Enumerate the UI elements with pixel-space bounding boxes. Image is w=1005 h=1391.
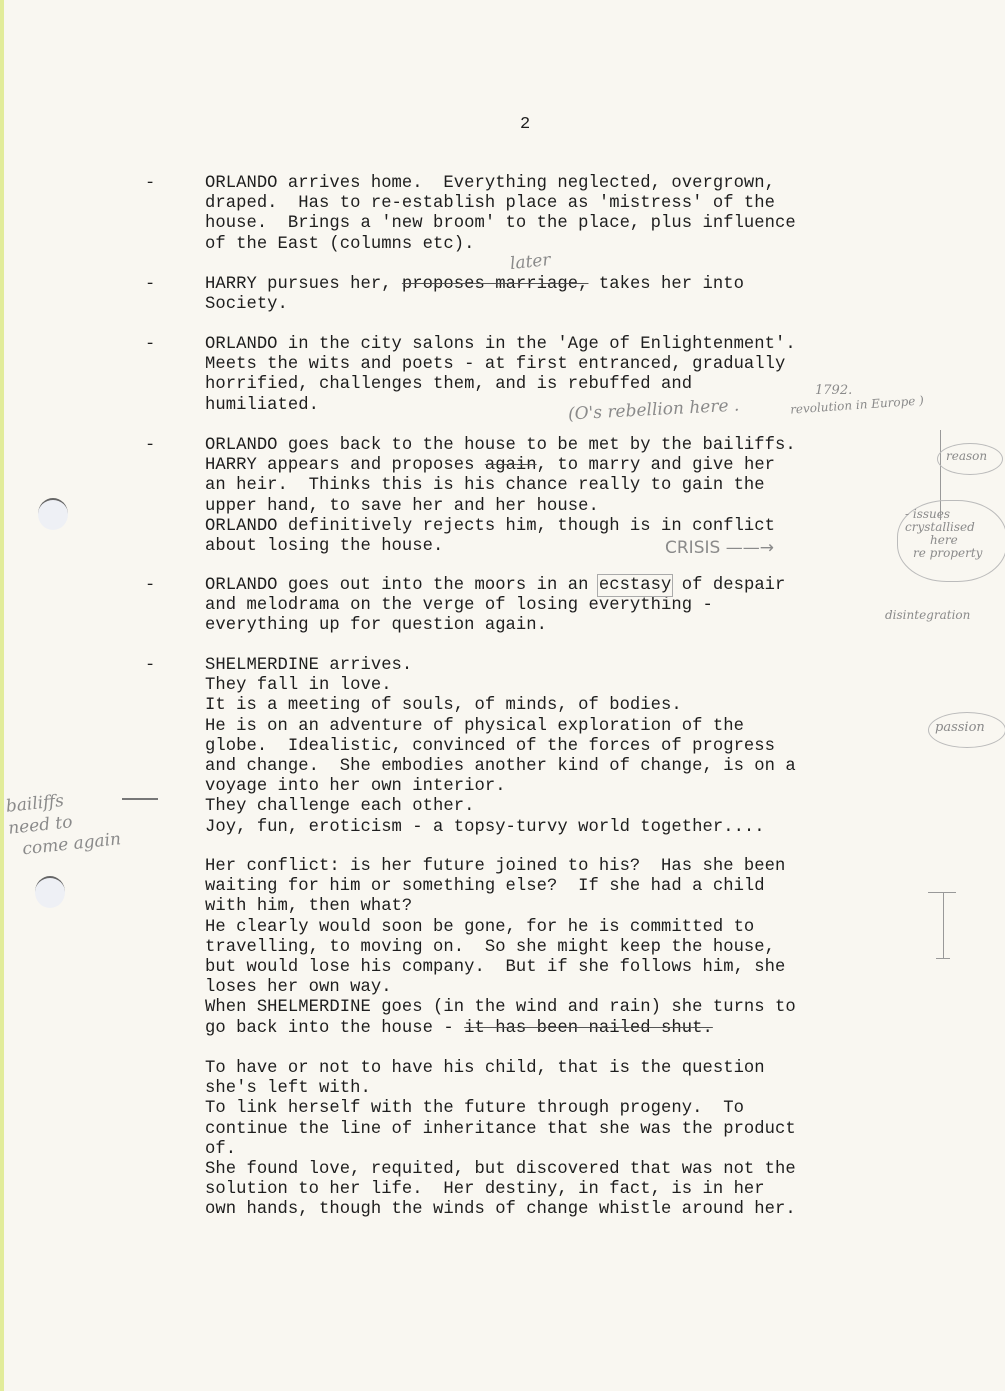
text-line: Meets the wits and poets - at first entr… — [205, 355, 796, 375]
text-line: Her conflict: is her future joined to hi… — [205, 857, 796, 877]
text-line: They fall in love. — [205, 676, 796, 696]
annotation-revolution: revolution in Europe ) — [790, 393, 925, 416]
text-line: and change. She embodies another kind of… — [205, 757, 796, 777]
struck-text: again — [485, 456, 537, 475]
text-line: an heir. Thinks this is his chance reall… — [205, 476, 796, 496]
text-line: ORLANDO goes back to the house to be met… — [205, 436, 796, 456]
text-line: She found love, requited, but discovered… — [205, 1160, 796, 1180]
annotation-bailiffs: bailiffs need to come again — [5, 784, 122, 861]
text-line: ORLANDO definitively rejects him, though… — [205, 517, 796, 537]
text-line: They challenge each other. — [205, 797, 796, 817]
text-span: go back into the house - — [205, 1019, 464, 1038]
text-span: of despair — [671, 576, 785, 595]
paragraph: ORLANDO arrives home. Everything neglect… — [205, 174, 796, 255]
text-line: Society. — [205, 295, 744, 315]
text-line: with him, then what? — [205, 897, 796, 917]
bullet: - — [145, 576, 155, 595]
annotation-dash — [122, 798, 158, 800]
text-line: travelling, to moving on. So she might k… — [205, 938, 796, 958]
bullet: - — [145, 275, 155, 294]
text-line: It is a meeting of souls, of minds, of b… — [205, 696, 796, 716]
text-span: ORLANDO goes out into the moors in an — [205, 576, 599, 595]
text-line: continue the line of inheritance that sh… — [205, 1120, 796, 1140]
text-line: SHELMERDINE arrives. — [205, 656, 796, 676]
annotation-disintegration: disintegration — [885, 608, 970, 622]
text-line: He clearly would soon be gone, for he is… — [205, 918, 796, 938]
annotation-line: re property — [905, 547, 982, 560]
annotation-reason: reason — [946, 449, 987, 463]
text-line: When SHELMERDINE goes (in the wind and r… — [205, 998, 796, 1018]
paragraph: SHELMERDINE arrives.They fall in love.It… — [205, 656, 796, 838]
annotation-issues: - issues crystallised here re property — [905, 508, 982, 560]
text-line: HARRY pursues her, proposes marriage, ta… — [205, 275, 744, 295]
annotation-bracket — [943, 893, 944, 959]
text-line: of the East (columns etc). — [205, 235, 796, 255]
text-line: she's left with. — [205, 1079, 796, 1099]
annotation-crisis: CRISIS ——→ — [665, 538, 774, 558]
bullet: - — [145, 436, 155, 455]
text-line: ORLANDO in the city salons in the 'Age o… — [205, 335, 796, 355]
text-line: To link herself with the future through … — [205, 1099, 796, 1119]
text-line: horrified, challenges them, and is rebuf… — [205, 375, 796, 395]
text-line: but would lose his company. But if she f… — [205, 958, 796, 978]
text-line: To have or not to have his child, that i… — [205, 1059, 796, 1079]
annotation-bracket — [936, 958, 950, 959]
text-line: everything up for question again. — [205, 616, 785, 636]
paragraph: HARRY pursues her, proposes marriage, ta… — [205, 275, 744, 315]
text-line: loses her own way. — [205, 978, 796, 998]
annotation-bracket — [928, 892, 956, 893]
text-line: HARRY appears and proposes again, to mar… — [205, 456, 796, 476]
text-span: , to marry and give her — [537, 456, 775, 475]
text-span: HARRY pursues her, — [205, 275, 402, 294]
punch-hole — [35, 876, 65, 908]
struck-text: it has been nailed shut. — [464, 1019, 713, 1038]
text-line: and melodrama on the verge of losing eve… — [205, 596, 785, 616]
text-line: Joy, fun, eroticism - a topsy-turvy worl… — [205, 818, 796, 838]
bullet: - — [145, 656, 155, 675]
text-line: upper hand, to save her and her house. — [205, 497, 796, 517]
bullet: - — [145, 335, 155, 354]
punch-hole — [38, 498, 68, 530]
text-line: ORLANDO goes out into the moors in an ec… — [205, 576, 785, 596]
text-line: voyage into her own interior. — [205, 777, 796, 797]
annotation-passion: passion — [935, 720, 985, 735]
text-line: waiting for him or something else? If sh… — [205, 877, 796, 897]
annotation-year: 1792. — [815, 383, 852, 398]
text-span: takes her into — [588, 275, 743, 294]
text-line: draped. Has to re-establish place as 'mi… — [205, 194, 796, 214]
text-line: of. — [205, 1140, 796, 1160]
text-span: HARRY appears and proposes — [205, 456, 485, 475]
text-line: go back into the house - it has been nai… — [205, 1019, 796, 1039]
annotation-later: later — [509, 250, 551, 274]
struck-text: proposes marriage, — [402, 275, 589, 294]
text-line: He is on an adventure of physical explor… — [205, 717, 796, 737]
page-edge — [0, 0, 4, 1391]
text-line: globe. Idealistic, convinced of the forc… — [205, 737, 796, 757]
text-line: ORLANDO arrives home. Everything neglect… — [205, 174, 796, 194]
text-line: own hands, though the winds of change wh… — [205, 1200, 796, 1220]
page-number: 2 — [520, 115, 530, 134]
text-line: house. Brings a 'new broom' to the place… — [205, 214, 796, 234]
text-line: solution to her life. Her destiny, in fa… — [205, 1180, 796, 1200]
paragraph: Her conflict: is her future joined to hi… — [205, 857, 796, 1039]
paragraph: ORLANDO goes out into the moors in an ec… — [205, 576, 785, 637]
paragraph: To have or not to have his child, that i… — [205, 1059, 796, 1221]
boxed-text: ecstasy — [599, 576, 672, 595]
bullet: - — [145, 174, 155, 193]
